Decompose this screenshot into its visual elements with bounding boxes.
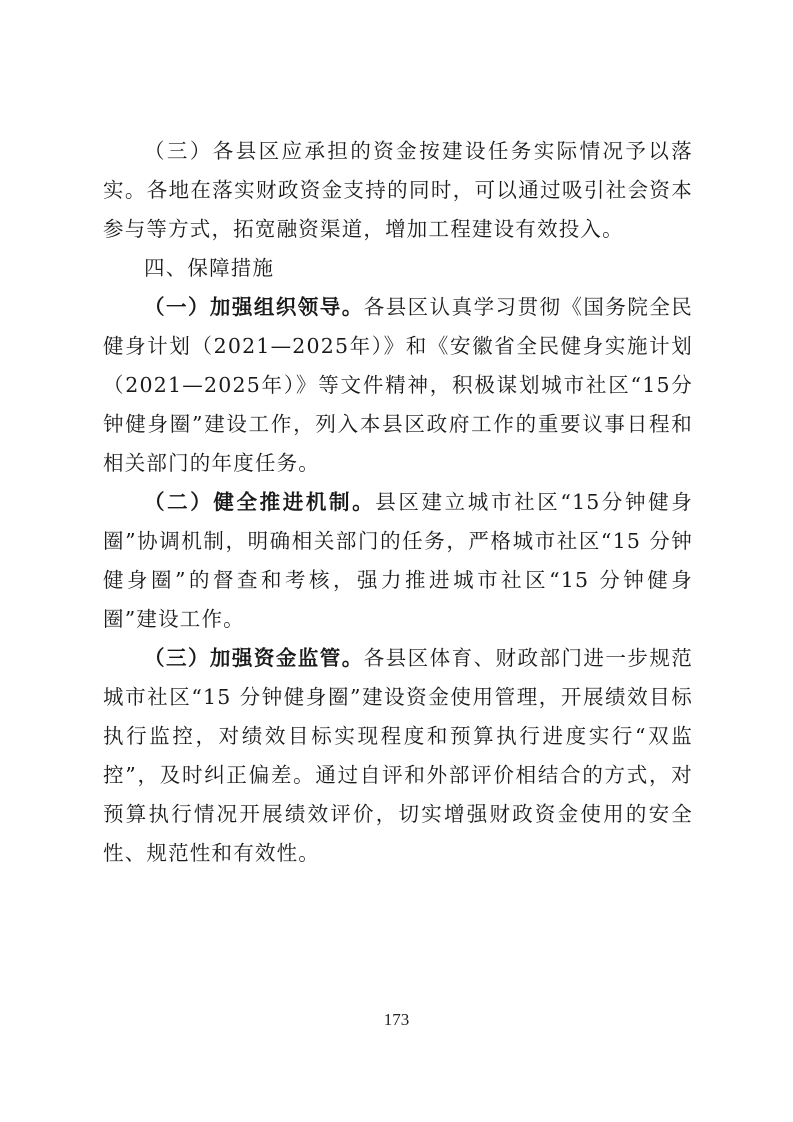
paragraph-lead: （一）加强组织领导。 <box>144 295 364 319</box>
paragraph-funding: （三）各县区应承担的资金按建设任务实际情况予以落实。各地在落实财政资金支持的同时… <box>103 132 693 249</box>
document-body: （三）各县区应承担的资金按建设任务实际情况予以落实。各地在落实财政资金支持的同时… <box>103 132 693 873</box>
paragraph-supervision: （三）加强资金监管。各县区体育、财政部门进一步规范城市社区“15 分钟健身圈”建… <box>103 639 693 873</box>
page-number: 173 <box>0 1010 793 1030</box>
paragraph-mechanism: （二）健全推进机制。县区建立城市社区“15分钟健身圈”协调机制，明确相关部门的任… <box>103 483 693 639</box>
paragraph-text: 各县区认真学习贯彻《国务院全民健身计划（2021—2025年）》和《安徽省全民健… <box>103 295 693 475</box>
document-page: （三）各县区应承担的资金按建设任务实际情况予以落实。各地在落实财政资金支持的同时… <box>0 0 793 1122</box>
paragraph-lead: （二）健全推进机制。 <box>144 490 375 514</box>
paragraph-lead: （三）加强资金监管。 <box>144 646 364 670</box>
paragraph-text: （三）各县区应承担的资金按建设任务实际情况予以落实。各地在落实财政资金支持的同时… <box>103 139 693 241</box>
paragraph-text: 各县区体育、财政部门进一步规范城市社区“15 分钟健身圈”建设资金使用管理，开展… <box>103 646 693 865</box>
section-heading: 四、保障措施 <box>103 249 693 288</box>
paragraph-organization: （一）加强组织领导。各县区认真学习贯彻《国务院全民健身计划（2021—2025年… <box>103 288 693 483</box>
